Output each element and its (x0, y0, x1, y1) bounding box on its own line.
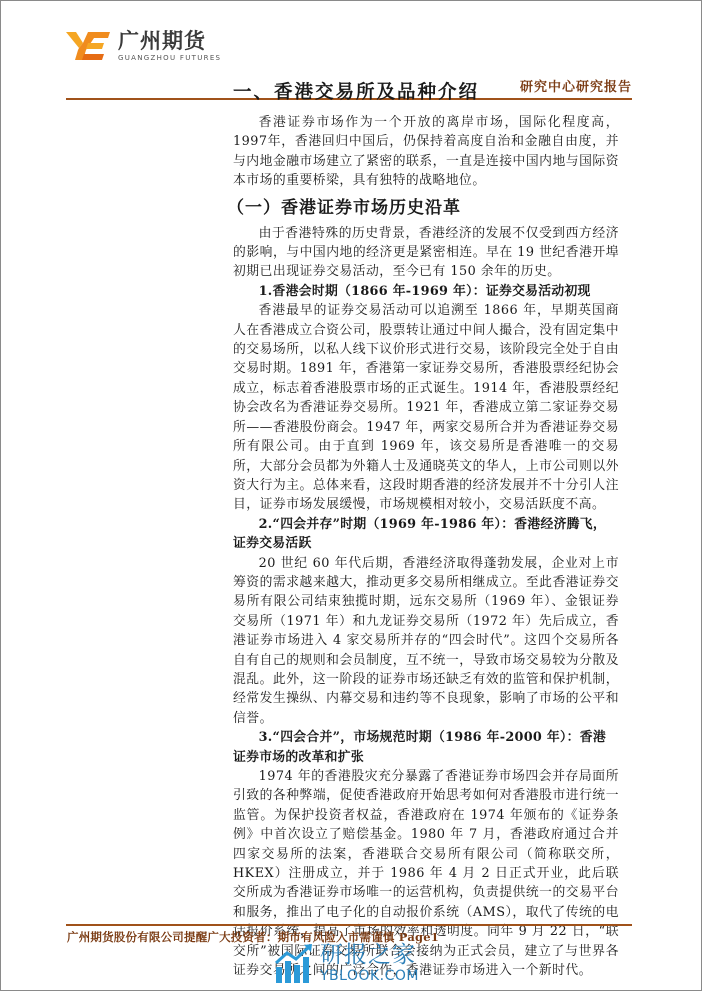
ye-logo-icon (66, 30, 110, 62)
subsection-intro: 由于香港特殊的历史背景，香港经济的发展不仅受到西方经济的影响，与中国内地的经济更… (233, 224, 619, 282)
rising-chart-icon (274, 943, 314, 983)
period-3-heading: 3.“四会合并”，市场规范时期（1986 年-2000 年）：香港证券市场的改革… (233, 728, 619, 767)
period-2-text: 20 世纪 60 年代后期，香港经济取得蓬勃发展，企业对上市筹资的需求越来越大，… (233, 554, 619, 729)
intro-paragraph: 香港证券市场作为一个开放的离岸市场，国际化程度高，1997年，香港回归中国后，仍… (233, 113, 619, 191)
footer-divider (66, 924, 632, 926)
document-body: 一、香港交易所及品种介绍 香港证券市场作为一个开放的离岸市场，国际化程度高，19… (233, 80, 619, 980)
company-logo: 广州期货 GUANGZHOU FUTURES (66, 30, 221, 62)
logo-chinese-name: 广州期货 (118, 30, 221, 52)
period-1-text: 香港最早的证券交易活动可以追溯至 1866 年，早期英国商人在香港成立合资公司，… (233, 301, 619, 514)
period-2-heading: 2.“四会并存”时期（1969 年-1986 年）：香港经济腾飞，证券交易活跃 (233, 515, 619, 554)
watermark: 研报之家 YBLOOK.COM (274, 942, 419, 984)
logo-english-name: GUANGZHOU FUTURES (118, 54, 221, 62)
section-title: 一、香港交易所及品种介绍 (233, 80, 619, 106)
watermark-english: YBLOOK.COM (320, 968, 419, 984)
subsection-title: （一）香港证券市场历史沿革 (227, 196, 619, 220)
period-1-heading: 1.香港会时期（1866 年-1969 年）：证券交易活动初现 (233, 282, 619, 301)
watermark-chinese: 研报之家 (320, 942, 419, 968)
